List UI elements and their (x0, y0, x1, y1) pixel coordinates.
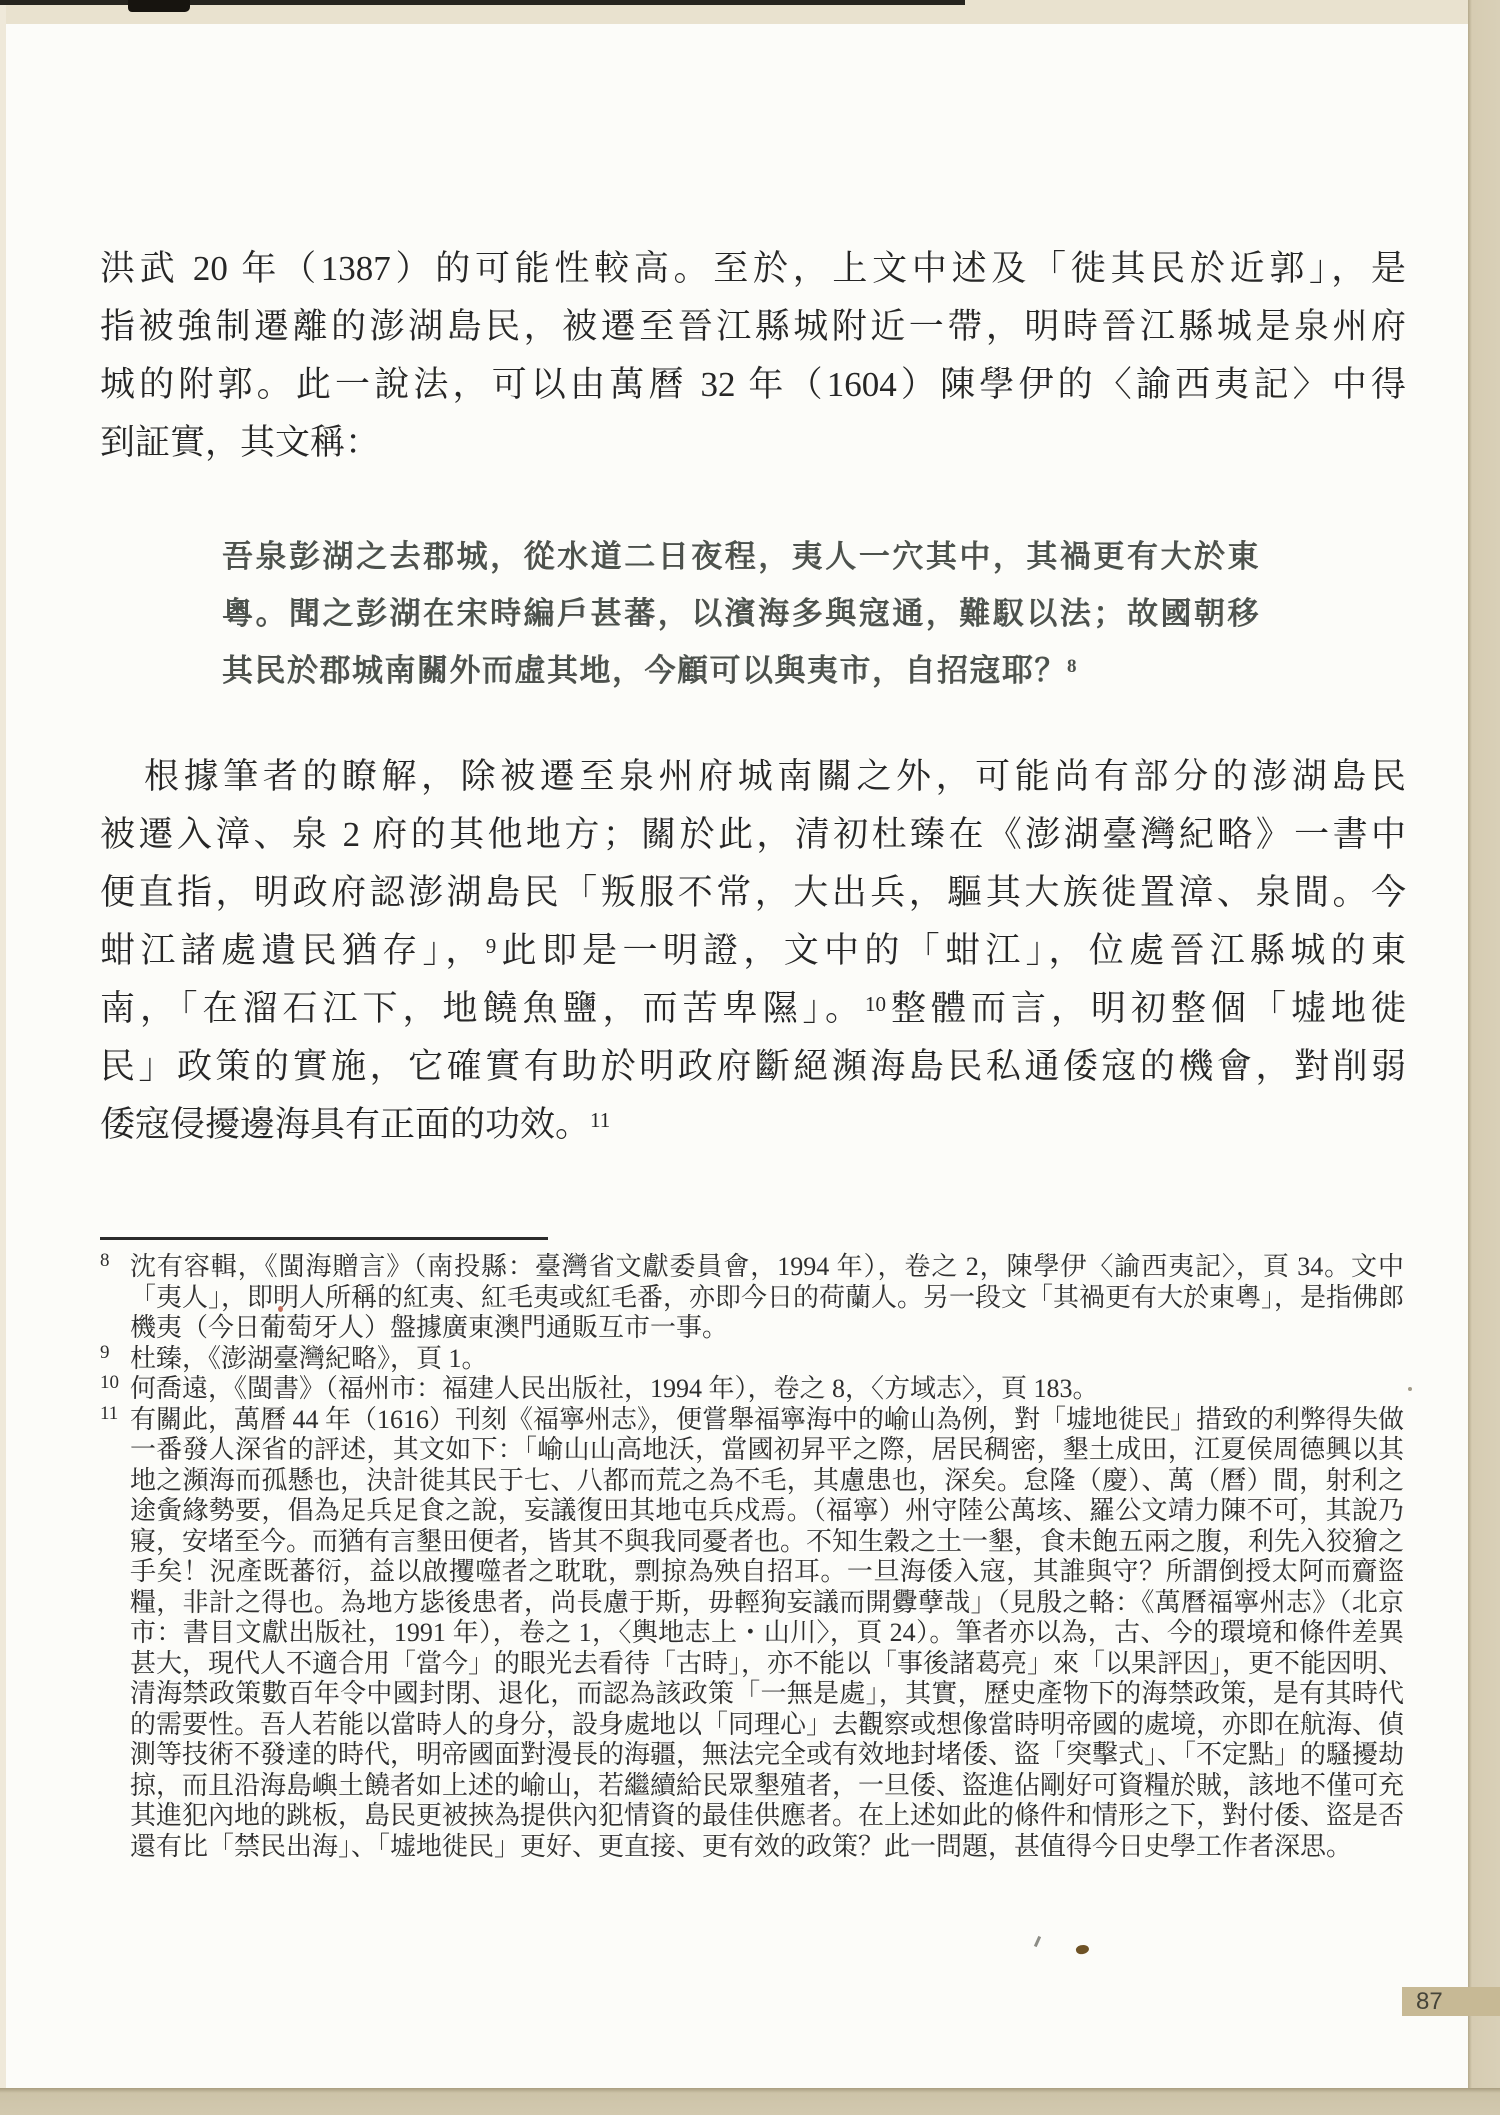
text-run: 被遷入漳、泉 2 府的其他地方；關於此，清初杜臻在《澎湖臺灣紀略》一書中 (100, 815, 1406, 854)
footnote-reference: 10 (865, 992, 886, 1016)
text-run: 此即是一明證，文中的「蚶江」，位處晉江縣城的東 (496, 931, 1406, 970)
text-line: 民」政策的實施，它確實有助於明政府斷絕瀕海島民私通倭寇的機會，對削弱 (100, 1038, 1406, 1096)
scanned-document-page: 洪武 20 年（1387）的可能性較高。至於，上文中述及「徙其民於近郭」，是指被… (0, 0, 1500, 2115)
footnote-reference: 11 (590, 1108, 610, 1132)
text-line: 到証實，其文稱： (100, 414, 1406, 472)
footnote-marker: 9 (100, 1343, 110, 1362)
footnote-text: 沈有容輯，《閩海贈言》（南投縣：臺灣省文獻委員會，1994 年），卷之 2，陳學… (130, 1252, 1404, 1342)
footnote-marker: 11 (100, 1404, 118, 1423)
text-line: 城的附郭。此一說法，可以由萬曆 32 年（1604）陳學伊的〈諭西夷記〉中得 (100, 356, 1406, 414)
scan-speck (278, 1306, 283, 1312)
text-run: 蚶江諸處遺民猶存」， (100, 931, 486, 970)
text-line: 南，「在溜石江下，地饒魚鹽，而苦卑隰」。10整體而言，明初整個「墟地徙 (100, 980, 1406, 1038)
quoted-passage-yuxiyiji: 吾泉彭湖之去郡城，從水道二日夜程，夷人一穴其中，其禍更有大於東粵。聞之彭湖在宋時… (222, 528, 1260, 699)
text-run: 到証實，其文稱： (100, 423, 380, 462)
text-run: 倭寇侵擾邊海具有正面的功效。 (100, 1105, 590, 1144)
text-run: 吾泉彭湖之去郡城，從水道二日夜程，夷人一穴其中，其禍更有大於東 (222, 539, 1260, 574)
page-number: 87 (1416, 1988, 1443, 2016)
text-line: 吾泉彭湖之去郡城，從水道二日夜程，夷人一穴其中，其禍更有大於東 (222, 528, 1260, 585)
text-line: 蚶江諸處遺民猶存」，9此即是一明證，文中的「蚶江」，位處晉江縣城的東 (100, 922, 1406, 980)
footnote-item: 10何喬遠，《閩書》（福州市：福建人民出版社，1994 年），卷之 8，〈方域志… (100, 1374, 1404, 1405)
text-line: 洪武 20 年（1387）的可能性較高。至於，上文中述及「徙其民於近郭」，是 (100, 240, 1406, 298)
page-number-box: 87 (1402, 1987, 1500, 2016)
footnote-text: 有關此，萬曆 44 年（1616）刊刻《福寧州志》，便嘗舉福寧海中的崳山為例，對… (130, 1405, 1404, 1861)
text-run: 城的附郭。此一說法，可以由萬曆 32 年（1604）陳學伊的〈諭西夷記〉中得 (100, 365, 1406, 404)
text-run: 洪武 20 年（1387）的可能性較高。至於，上文中述及「徙其民於近郭」，是 (100, 249, 1406, 288)
footnote-text: 何喬遠，《閩書》（福州市：福建人民出版社，1994 年），卷之 8，〈方域志〉，… (130, 1374, 1099, 1403)
footnote-marker: 10 (100, 1373, 119, 1392)
text-line: 便直指，明政府認澎湖島民「叛服不常，大出兵，驅其大族徙置漳、泉間。今 (100, 864, 1406, 922)
text-line: 根據筆者的瞭解，除被遷至泉州府城南關之外，可能尚有部分的澎湖島民 (100, 748, 1406, 806)
text-run: 其民於郡城南關外而虛其地，今顧可以與夷市，自招寇耶？ (222, 653, 1067, 688)
scan-speck (1408, 1387, 1412, 1391)
scan-edge-left (0, 0, 6, 2115)
scan-edge-right (1468, 0, 1500, 2115)
footnote-item: 9杜臻，《澎湖臺灣紀略》，頁 1。 (100, 1344, 1404, 1375)
scan-artifact-ink-blob (128, 0, 190, 12)
footnote-text: 杜臻，《澎湖臺灣紀略》，頁 1。 (130, 1344, 488, 1373)
footnote-item: 11有關此，萬曆 44 年（1616）刊刻《福寧州志》，便嘗舉福寧海中的崳山為例… (100, 1405, 1404, 1863)
text-line: 粵。聞之彭湖在宋時編戶甚蕃，以濱海多與寇通，難馭以法；故國朝移 (222, 585, 1260, 642)
text-run: 指被強制遷離的澎湖島民，被遷至晉江縣城附近一帶，明時晉江縣城是泉州府 (100, 307, 1406, 346)
footnotes-section: 8沈有容輯，《閩海贈言》（南投縣：臺灣省文獻委員會，1994 年），卷之 2，陳… (100, 1252, 1404, 1862)
footnote-item: 8沈有容輯，《閩海贈言》（南投縣：臺灣省文獻委員會，1994 年），卷之 2，陳… (100, 1252, 1404, 1344)
text-line: 指被強制遷離的澎湖島民，被遷至晉江縣城附近一帶，明時晉江縣城是泉州府 (100, 298, 1406, 356)
text-run: 民」政策的實施，它確實有助於明政府斷絕瀕海島民私通倭寇的機會，對削弱 (100, 1047, 1406, 1086)
text-line: 其民於郡城南關外而虛其地，今顧可以與夷市，自招寇耶？8 (222, 642, 1260, 699)
footnote-separator-line (100, 1237, 548, 1240)
text-line: 倭寇侵擾邊海具有正面的功效。11 (100, 1096, 1406, 1154)
footnote-reference: 9 (486, 934, 497, 958)
text-run: 粵。聞之彭湖在宋時編戶甚蕃，以濱海多與寇通，難馭以法；故國朝移 (222, 596, 1260, 631)
text-run: 根據筆者的瞭解，除被遷至泉州府城南關之外，可能尚有部分的澎湖島民 (144, 757, 1406, 796)
text-run: 整體而言，明初整個「墟地徙 (886, 989, 1406, 1028)
text-run: 便直指，明政府認澎湖島民「叛服不常，大出兵，驅其大族徙置漳、泉間。今 (100, 873, 1406, 912)
body-paragraph-2: 根據筆者的瞭解，除被遷至泉州府城南關之外，可能尚有部分的澎湖島民被遷入漳、泉 2… (100, 748, 1406, 1154)
text-line: 被遷入漳、泉 2 府的其他地方；關於此，清初杜臻在《澎湖臺灣紀略》一書中 (100, 806, 1406, 864)
body-paragraph-1: 洪武 20 年（1387）的可能性較高。至於，上文中述及「徙其民於近郭」，是指被… (100, 240, 1406, 472)
footnote-reference: 8 (1067, 656, 1077, 677)
text-run: 南，「在溜石江下，地饒魚鹽，而苦卑隰」。 (100, 989, 865, 1028)
scan-edge-bottom (0, 2088, 1500, 2115)
footnote-marker: 8 (100, 1251, 110, 1270)
